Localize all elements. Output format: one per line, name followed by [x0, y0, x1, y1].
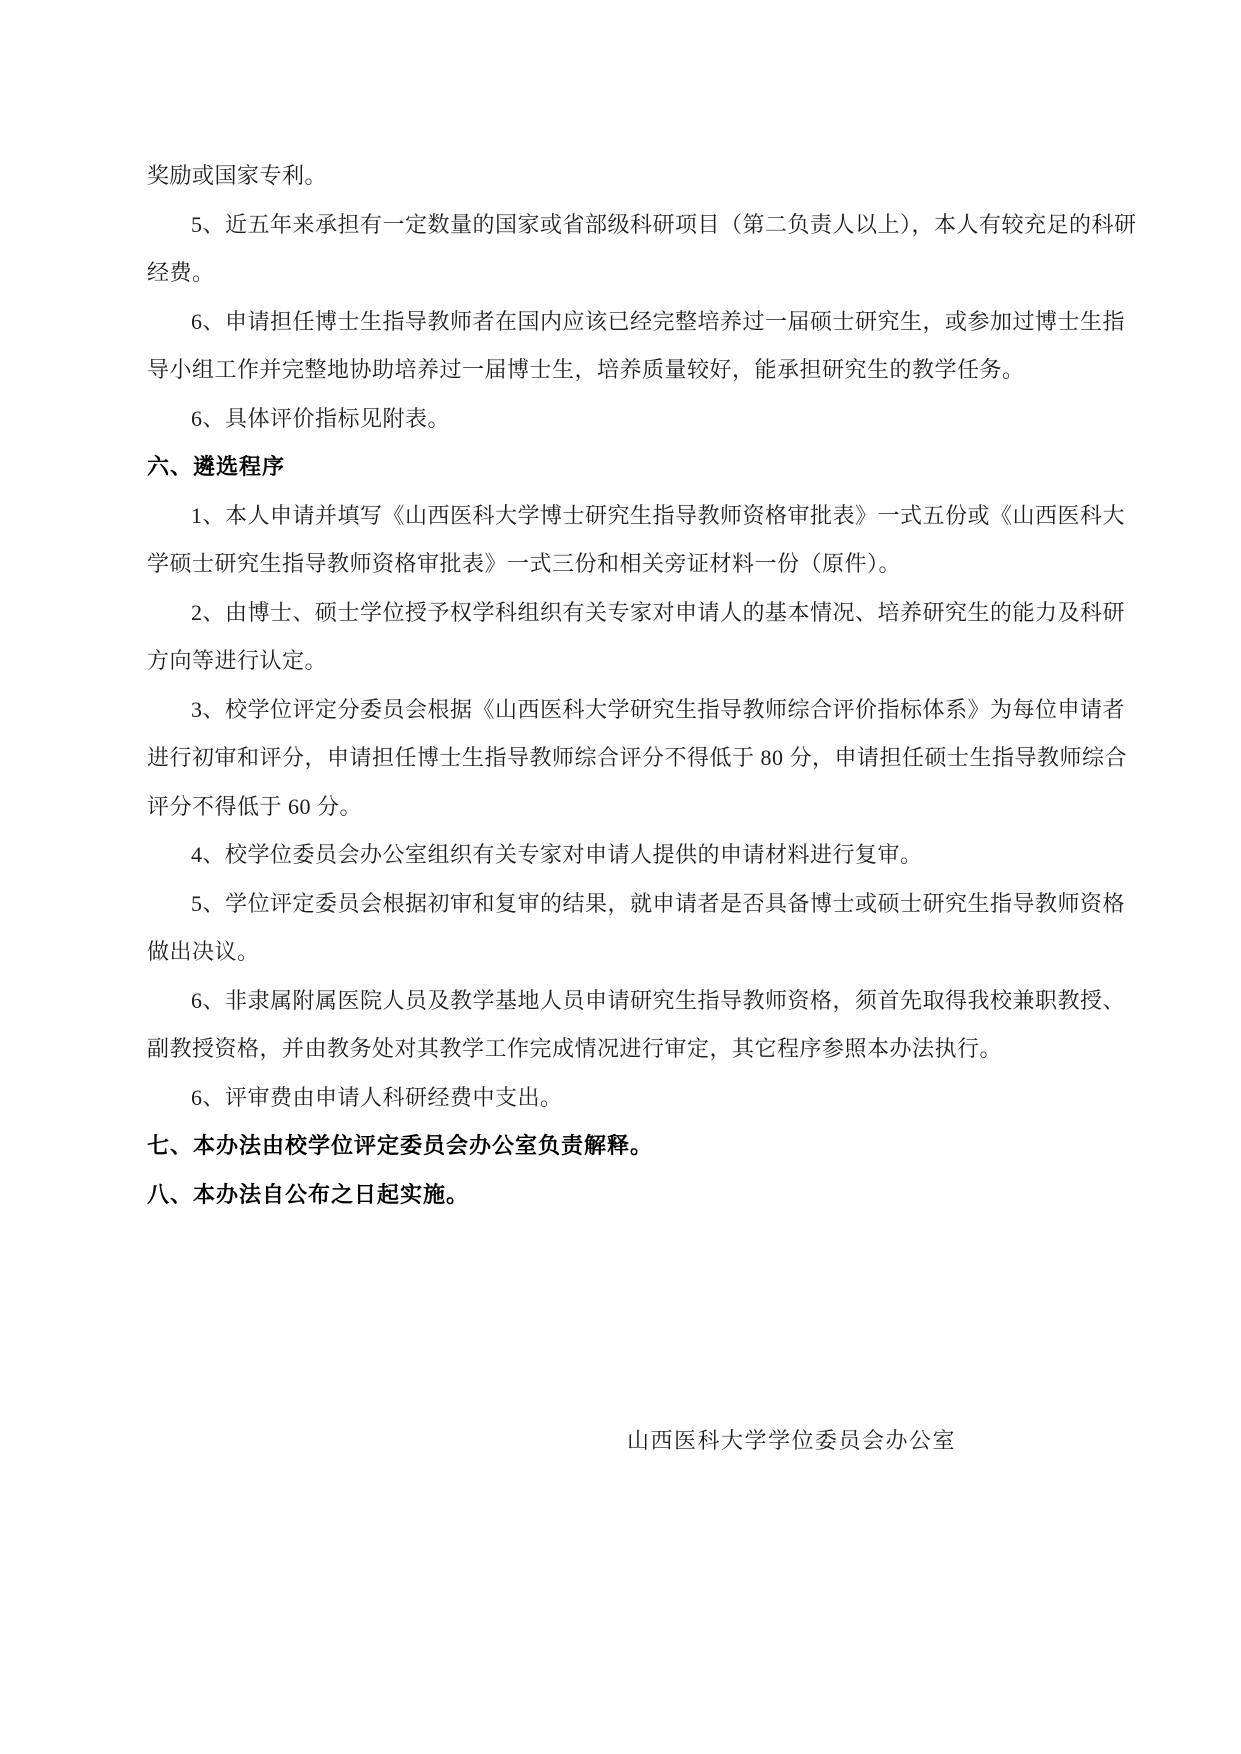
paragraph: 八、本办法自公布之日起实施。 — [147, 1171, 1132, 1220]
text-line: 2、由博士、硕士学位授予权学科组织有关专家对申请人的基本情况、培养研究生的能力及… — [147, 589, 1132, 638]
paragraph: 5、学位评定委员会根据初审和复审的结果，就申请者是否具备博士或硕士研究生指导教师… — [147, 880, 1132, 977]
document-body: 奖励或国家专利。5、近五年来承担有一定数量的国家或省部级科研项目（第二负责人以上… — [147, 152, 1132, 1219]
paragraph: 4、校学位委员会办公室组织有关专家对申请人提供的申请材料进行复审。 — [147, 831, 1132, 880]
signature-line: 山西医科大学学位委员会办公室 — [627, 1417, 956, 1466]
paragraph: 1、本人申请并填写《山西医科大学博士研究生指导教师资格审批表》一式五份或《山西医… — [147, 492, 1132, 589]
text-line: 6、具体评价指标见附表。 — [147, 395, 1132, 444]
paragraph: 5、近五年来承担有一定数量的国家或省部级科研项目（第二负责人以上），本人有较充足… — [147, 201, 1132, 298]
text-line: 六、遴选程序 — [147, 443, 1132, 492]
text-line: 5、学位评定委员会根据初审和复审的结果，就申请者是否具备博士或硕士研究生指导教师… — [147, 880, 1132, 929]
text-line: 6、非隶属附属医院人员及教学基地人员申请研究生指导教师资格，须首先取得我校兼职教… — [147, 977, 1132, 1026]
document-page: 奖励或国家专利。5、近五年来承担有一定数量的国家或省部级科研项目（第二负责人以上… — [0, 0, 1241, 1754]
paragraph: 六、遴选程序 — [147, 443, 1132, 492]
text-line: 3、校学位评定分委员会根据《山西医科大学研究生指导教师综合评价指标体系》为每位申… — [147, 686, 1132, 735]
paragraph: 奖励或国家专利。 — [147, 152, 1132, 201]
text-line: 做出决议。 — [147, 928, 1132, 977]
text-line: 七、本办法由校学位评定委员会办公室负责解释。 — [147, 1122, 1132, 1171]
text-line: 1、本人申请并填写《山西医科大学博士研究生指导教师资格审批表》一式五份或《山西医… — [147, 492, 1132, 541]
text-line: 学硕士研究生指导教师资格审批表》一式三份和相关旁证材料一份（原件）。 — [147, 540, 1132, 589]
text-line: 6、申请担任博士生指导教师者在国内应该已经完整培养过一届硕士研究生，或参加过博士… — [147, 298, 1132, 347]
paragraph: 6、评审费由申请人科研经费中支出。 — [147, 1074, 1132, 1123]
text-line: 导小组工作并完整地协助培养过一届博士生，培养质量较好，能承担研究生的教学任务。 — [147, 346, 1132, 395]
paragraph: 6、非隶属附属医院人员及教学基地人员申请研究生指导教师资格，须首先取得我校兼职教… — [147, 977, 1132, 1074]
paragraph: 2、由博士、硕士学位授予权学科组织有关专家对申请人的基本情况、培养研究生的能力及… — [147, 589, 1132, 686]
text-line: 5、近五年来承担有一定数量的国家或省部级科研项目（第二负责人以上），本人有较充足… — [147, 201, 1132, 250]
text-line: 4、校学位委员会办公室组织有关专家对申请人提供的申请材料进行复审。 — [147, 831, 1132, 880]
paragraph: 3、校学位评定分委员会根据《山西医科大学研究生指导教师综合评价指标体系》为每位申… — [147, 686, 1132, 832]
text-line: 八、本办法自公布之日起实施。 — [147, 1171, 1132, 1220]
paragraph: 七、本办法由校学位评定委员会办公室负责解释。 — [147, 1122, 1132, 1171]
paragraph: 6、具体评价指标见附表。 — [147, 395, 1132, 444]
paragraph: 6、申请担任博士生指导教师者在国内应该已经完整培养过一届硕士研究生，或参加过博士… — [147, 298, 1132, 395]
text-line: 方向等进行认定。 — [147, 637, 1132, 686]
text-line: 6、评审费由申请人科研经费中支出。 — [147, 1074, 1132, 1123]
text-line: 副教授资格，并由教务处对其教学工作完成情况进行审定，其它程序参照本办法执行。 — [147, 1025, 1132, 1074]
text-line: 评分不得低于 60 分。 — [147, 783, 1132, 832]
text-line: 进行初审和评分，申请担任博士生指导教师综合评分不得低于 80 分，申请担任硕士生… — [147, 734, 1132, 783]
text-line: 经费。 — [147, 249, 1132, 298]
text-line: 奖励或国家专利。 — [147, 152, 1132, 201]
